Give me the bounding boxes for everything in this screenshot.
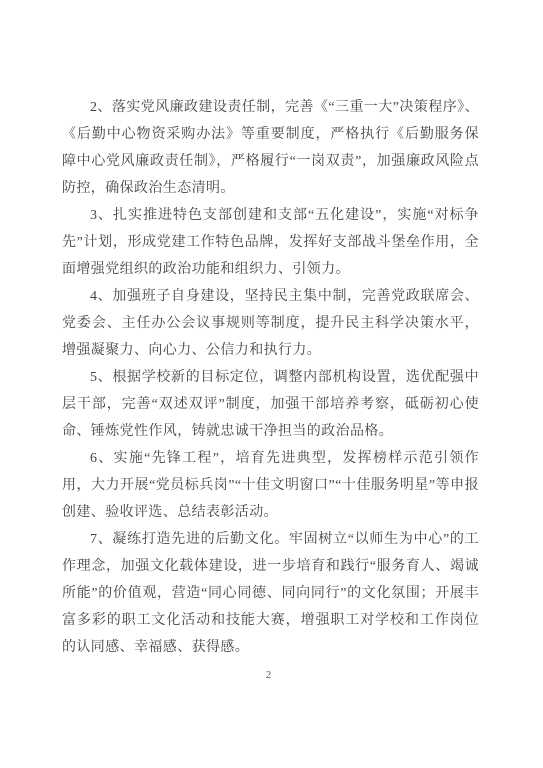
document-body: 2、落实党风廉政建设责任制，完善《“三重一大”决策程序》、《后勤中心物资采购办法…: [62, 94, 479, 661]
paragraph-item-5: 5、根据学校新的目标定位，调整内部机构设置，选优配强中层干部，完善“双述双评”制…: [62, 364, 479, 445]
page-number: 2: [0, 668, 537, 682]
paragraph-item-6: 6、实施“先锋工程”，培育先进典型，发挥榜样示范引领作用，大力开展“党员标兵岗”…: [62, 445, 479, 526]
document-page: 2、落实党风廉政建设责任制，完善《“三重一大”决策程序》、《后勤中心物资采购办法…: [0, 0, 543, 768]
paragraph-item-7: 7、凝练打造先进的后勤文化。牢固树立“以师生为中心”的工作理念，加强文化载体建设…: [62, 526, 479, 661]
paragraph-item-4: 4、加强班子自身建设，坚持民主集中制，完善党政联席会、党委会、主任办公会议事规则…: [62, 283, 479, 364]
paragraph-item-2: 2、落实党风廉政建设责任制，完善《“三重一大”决策程序》、《后勤中心物资采购办法…: [62, 94, 479, 202]
paragraph-item-3: 3、扎实推进特色支部创建和支部“五化建设”，实施“对标争先”计划，形成党建工作特…: [62, 202, 479, 283]
